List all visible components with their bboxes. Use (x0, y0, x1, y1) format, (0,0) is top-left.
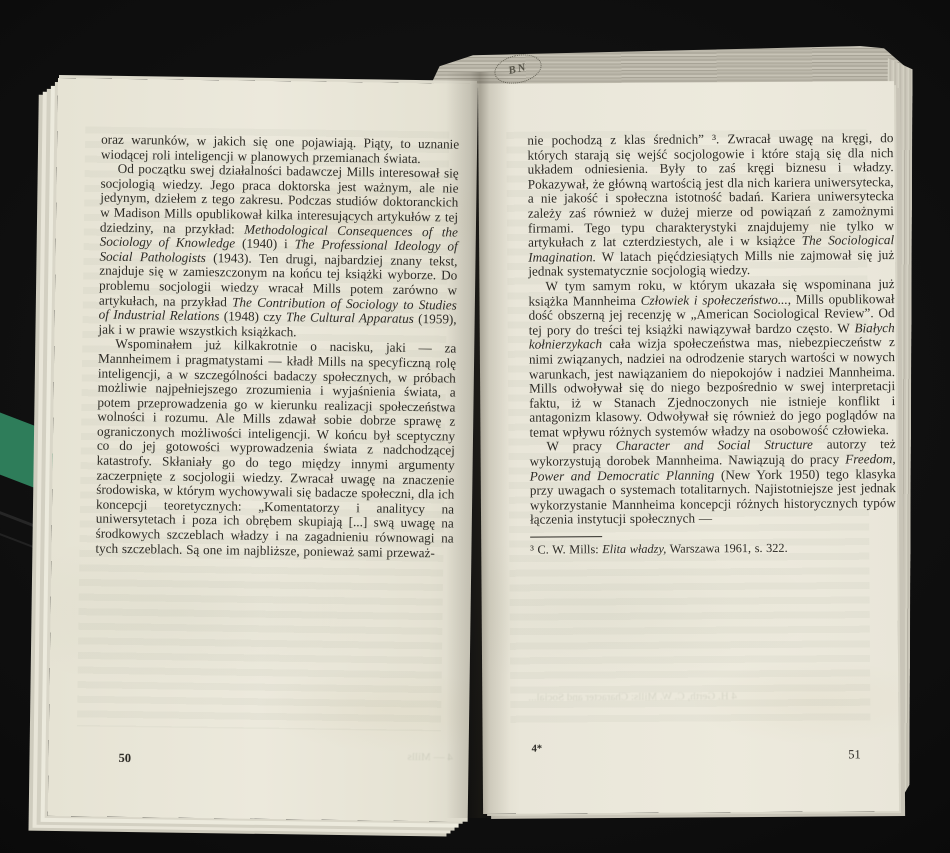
body-text: cała wizja społeczeństwa mas, niebezpiec… (529, 334, 896, 439)
body-text: Wspominałem już kilkakrotnie o nacisku, … (95, 336, 456, 560)
body-text: (1940) i (235, 236, 295, 252)
photo-background: BN oraz warunków, w jakich się one pojaw… (0, 0, 950, 853)
left-page-number: 50 (118, 751, 131, 766)
library-stamp-label: BN (507, 61, 528, 77)
body-text: W pracy (546, 439, 615, 454)
right-page-number: 51 (848, 747, 861, 762)
right-page: nie pochodzą z klas średnich” ³. Zwracał… (478, 81, 899, 814)
right-page-text: nie pochodzą z klas średnich” ³. Zwracał… (527, 131, 896, 558)
footnote: ³ C. W. Mills: Elita władzy, Warszawa 19… (530, 540, 896, 558)
body-text: ³ C. W. Mills: (530, 542, 602, 557)
left-page: oraz warunków, w jakich się one pojawiaj… (48, 78, 478, 822)
italic-title-text: The Cultural Apparatus (286, 309, 414, 326)
signature-mark: 4* (532, 744, 543, 755)
paragraph: Wspominałem już kilkakrotnie o nacisku, … (95, 337, 456, 561)
italic-title-text: Elita władzy, (602, 542, 666, 556)
left-page-bleedthrough-text: 4 — Mills (407, 751, 452, 764)
right-page-bleedthrough-text: 4 H. Gerth, C. W. Mills: Character and S… (528, 690, 737, 703)
right-page-paragraphs: nie pochodzą z klas średnich” ³. Zwracał… (527, 131, 896, 528)
left-page-text: oraz warunków, w jakich się one pojawiaj… (95, 133, 459, 561)
footnote-rule (530, 536, 602, 538)
body-text: (1948) czy (219, 308, 286, 324)
paragraph: Od początku swej działalności badawczej … (98, 162, 458, 342)
italic-title-text: Człowiek i społeczeństwo... (641, 291, 788, 307)
body-text: Warszawa 1961, s. 322. (666, 541, 787, 556)
paragraph: W pracy Character and Social Structure a… (529, 438, 896, 528)
paragraph: W tym samym roku, w którym ukazała się w… (528, 277, 895, 440)
paragraph: nie pochodzą z klas średnich” ³. Zwracał… (527, 131, 894, 279)
